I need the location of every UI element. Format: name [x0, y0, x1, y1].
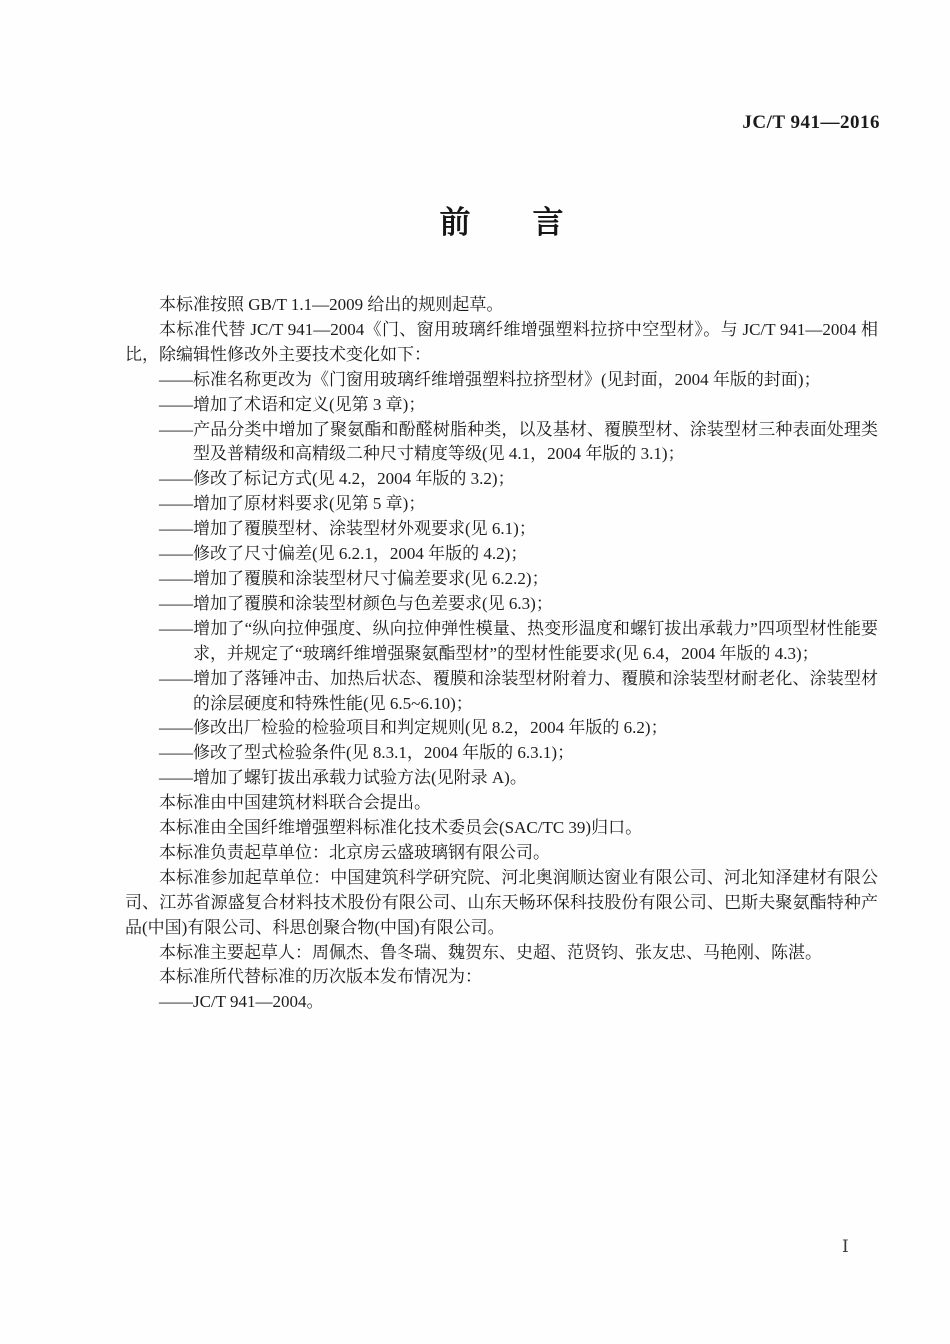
standard-code: JC/T 941—2016: [742, 112, 880, 133]
closing-paragraph: 本标准负责起草单位：北京房云盛玻璃钢有限公司。: [125, 841, 878, 866]
page-header: JC/T 941—2016: [742, 112, 880, 134]
change-item: ——增加了螺钉拔出承载力试验方法(见附录 A)。: [125, 766, 878, 791]
change-item: ——增加了落锤冲击、加热后状态、覆膜和涂装型材附着力、覆膜和涂装型材耐老化、涂装…: [125, 667, 878, 717]
change-item: ——修改了标记方式(见 4.2，2004 年版的 3.2)；: [125, 467, 878, 492]
intro-paragraph: 本标准代替 JC/T 941—2004《门、窗用玻璃纤维增强塑料拉挤中空型材》。…: [125, 318, 878, 368]
change-item: ——标准名称更改为《门窗用玻璃纤维增强塑料拉挤型材》(见封面，2004 年版的封…: [125, 368, 878, 393]
document-page: JC/T 941—2016 前 言 本标准按照 GB/T 1.1—2009 给出…: [0, 0, 950, 1344]
history-item: ——JC/T 941—2004。: [125, 990, 878, 1015]
closing-paragraph: 本标准由中国建筑材料联合会提出。: [125, 791, 878, 816]
page-title: 前 言: [125, 204, 878, 242]
change-item: ——修改出厂检验的检验项目和判定规则(见 8.2，2004 年版的 6.2)；: [125, 716, 878, 741]
closing-paragraph: 本标准所代替标准的历次版本发布情况为：: [125, 965, 878, 990]
change-item: ——增加了覆膜和涂装型材颜色与色差要求(见 6.3)；: [125, 592, 878, 617]
intro-paragraph: 本标准按照 GB/T 1.1—2009 给出的规则起草。: [125, 293, 878, 318]
change-item: ——产品分类中增加了聚氨酯和酚醛树脂种类，以及基材、覆膜型材、涂装型材三种表面处…: [125, 418, 878, 468]
closing-paragraph: 本标准主要起草人：周佩杰、鲁冬瑞、魏贺东、史超、范贤钧、张友忠、马艳刚、陈湛。: [125, 941, 878, 966]
closing-paragraph: 本标准参加起草单位：中国建筑科学研究院、河北奥润顺达窗业有限公司、河北知泽建材有…: [125, 866, 878, 941]
foreword-body: 本标准按照 GB/T 1.1—2009 给出的规则起草。本标准代替 JC/T 9…: [125, 293, 878, 1015]
page-number: Ⅰ: [842, 1237, 849, 1257]
change-item: ——增加了覆膜型材、涂装型材外观要求(见 6.1)；: [125, 517, 878, 542]
change-item: ——增加了术语和定义(见第 3 章)；: [125, 393, 878, 418]
closing-paragraph: 本标准由全国纤维增强塑料标准化技术委员会(SAC/TC 39)归口。: [125, 816, 878, 841]
change-item: ——修改了型式检验条件(见 8.3.1，2004 年版的 6.3.1)；: [125, 741, 878, 766]
change-item: ——修改了尺寸偏差(见 6.2.1，2004 年版的 4.2)；: [125, 542, 878, 567]
change-item: ——增加了“纵向拉伸强度、纵向拉伸弹性模量、热变形温度和螺钉拔出承载力”四项型材…: [125, 617, 878, 667]
change-item: ——增加了原材料要求(见第 5 章)；: [125, 492, 878, 517]
change-item: ——增加了覆膜和涂装型材尺寸偏差要求(见 6.2.2)；: [125, 567, 878, 592]
